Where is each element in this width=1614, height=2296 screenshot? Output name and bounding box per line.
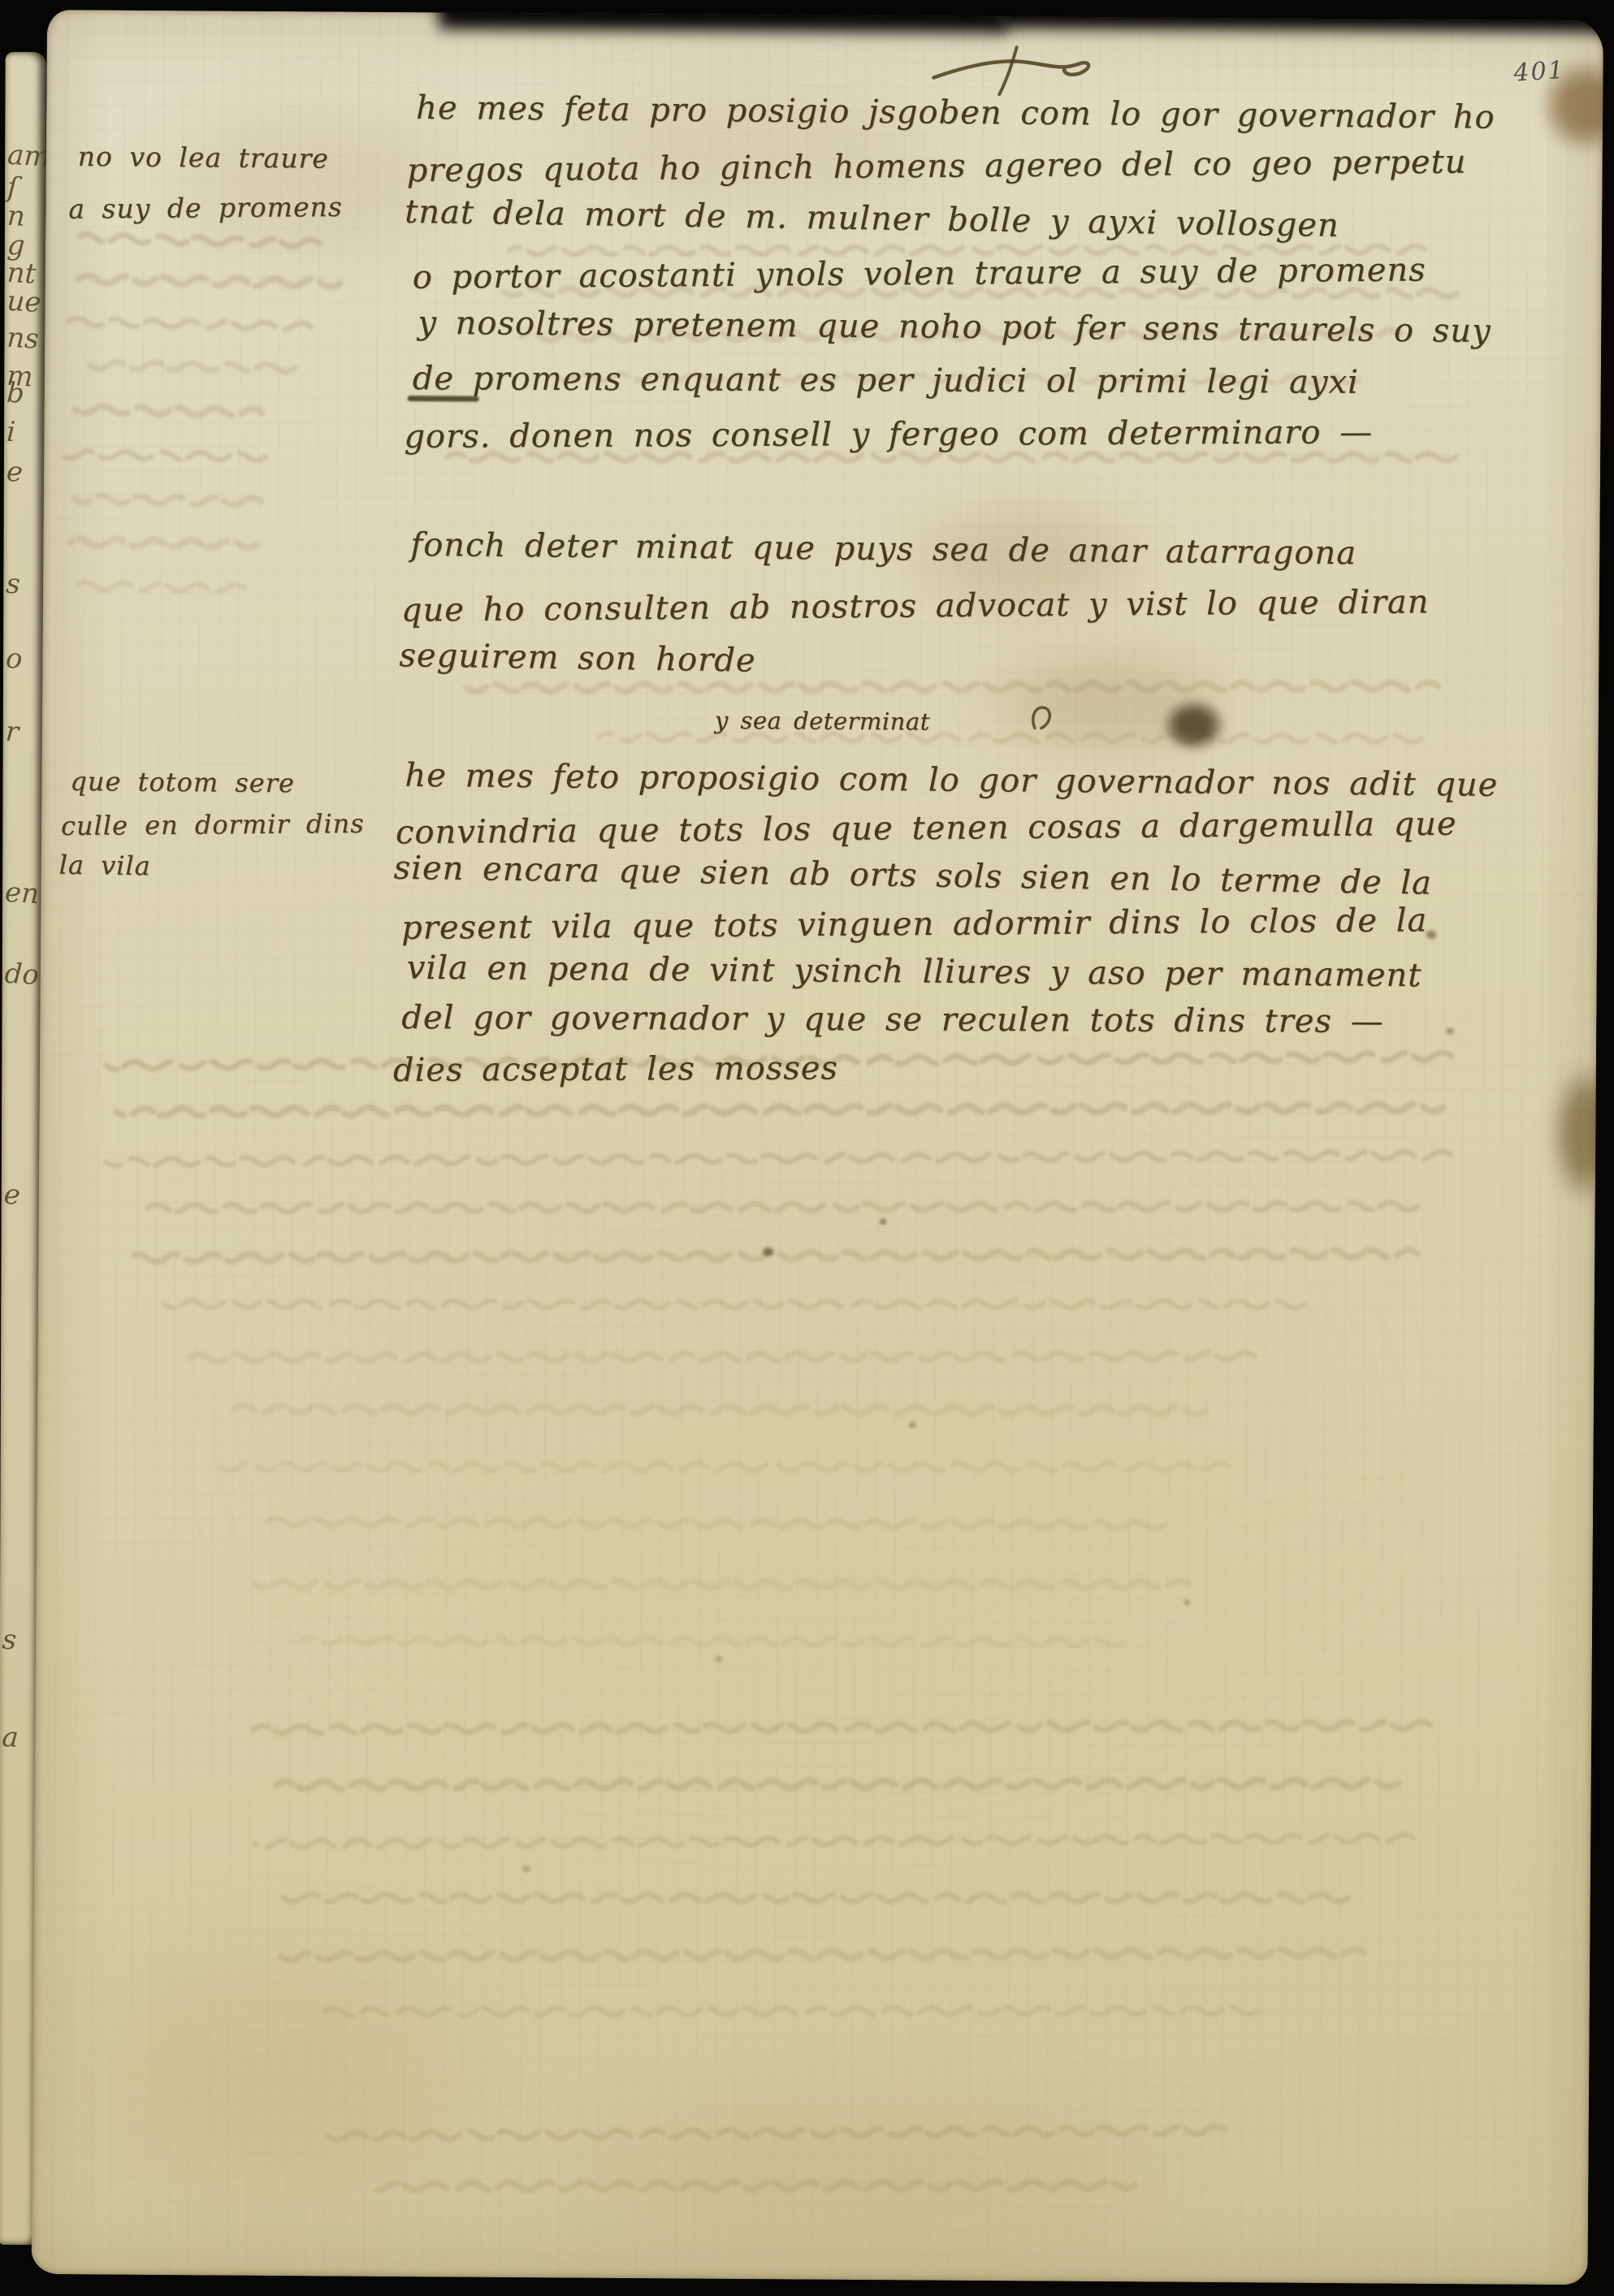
stain-blot bbox=[145, 90, 495, 271]
adjacent-page-text-fragment: e bbox=[6, 456, 45, 491]
stain-layer-under bbox=[32, 10, 1603, 2285]
handwritten-line: dies acseptat les mosses bbox=[393, 1042, 1496, 1095]
stain-bar bbox=[439, 10, 1007, 32]
bleedthrough-line bbox=[78, 487, 265, 513]
bleedthrough-line bbox=[466, 675, 1441, 699]
handwritten-line: o portor acostanti ynols volen traure a … bbox=[413, 243, 1495, 305]
stain-blot bbox=[1183, 1598, 1191, 1606]
bleedthrough-line bbox=[263, 1827, 1417, 1855]
bleedthrough-line bbox=[502, 280, 1460, 305]
bleedthrough-line bbox=[257, 1573, 1191, 1596]
bleedthrough-line bbox=[79, 310, 315, 338]
handwritten-line: a suy de promens bbox=[68, 182, 343, 235]
bleedthrough-line bbox=[74, 443, 269, 469]
stain-blot bbox=[198, 1024, 1422, 1844]
stain-blot bbox=[1550, 1062, 1603, 1205]
bleedthrough-line bbox=[526, 322, 1403, 348]
stain-blot bbox=[1425, 929, 1438, 940]
bleedthrough-line bbox=[217, 1455, 1232, 1478]
bleedthrough-line bbox=[335, 2119, 1228, 2148]
bleedthrough-layer bbox=[32, 10, 1603, 2285]
stain-layer-over bbox=[32, 10, 1603, 2285]
stain-blot bbox=[879, 1217, 888, 1226]
bleedthrough-line bbox=[274, 1511, 1167, 1537]
handwritten-line: sien encara que sien ab orts sols sien e… bbox=[393, 845, 1498, 909]
stain-bar bbox=[999, 10, 1603, 32]
stain-blot bbox=[761, 1246, 774, 1257]
handwritten-line: culle en dormir dins bbox=[61, 802, 365, 847]
paragraph-1: he mes feta pro posigio jsgoben com lo g… bbox=[409, 82, 1495, 465]
handwritten-line: la vila bbox=[58, 844, 364, 891]
stain-bar bbox=[408, 396, 479, 402]
flourish-curl-icon bbox=[1030, 703, 1059, 736]
stain-blot bbox=[1162, 698, 1227, 753]
adjacent-page-text-fragment: ue bbox=[6, 285, 45, 320]
bleedthrough-line bbox=[201, 1345, 1257, 1369]
margin-note-2: que totom sereculle en dormir dinsla vil… bbox=[65, 760, 365, 889]
paragraph-3: he mes feto proposigio com lo gor govern… bbox=[399, 753, 1499, 1096]
adjacent-page-text-fragment: i bbox=[6, 416, 45, 451]
stain-blot bbox=[1539, 58, 1603, 154]
bleedthrough-line bbox=[296, 1887, 1352, 1909]
bleedthrough-line bbox=[114, 1144, 1454, 1174]
adjacent-page-text-fragment: r bbox=[5, 716, 44, 750]
stain-blot bbox=[521, 1865, 531, 1873]
stain-blot bbox=[970, 640, 1247, 763]
adjacent-page-text-fragment: b bbox=[6, 377, 45, 412]
stain-blot bbox=[41, 1917, 515, 2245]
manuscript-page: 401 no vo lea traurea suy de promens que… bbox=[32, 10, 1603, 2285]
bleedthrough-line bbox=[131, 1096, 1447, 1124]
bleedthrough-line bbox=[518, 238, 1428, 262]
handwritten-line: convindria que tots los que tenen cosas … bbox=[396, 800, 1498, 857]
stain-blot bbox=[518, 72, 990, 222]
bleedthrough-line bbox=[279, 1941, 1367, 1968]
bleedthrough-line bbox=[234, 1398, 1209, 1422]
bleedthrough-line bbox=[280, 1772, 1401, 1797]
bleedthrough-line bbox=[612, 725, 1425, 750]
handwritten-line: tnat dela mort de m. mulner bolle y ayxi… bbox=[405, 185, 1495, 255]
adjacent-page-text-fragment: ns bbox=[6, 322, 45, 357]
handwritten-line: he mes feto proposigio com lo gor govern… bbox=[405, 752, 1498, 810]
bleedthrough-line bbox=[256, 1714, 1434, 1740]
stain-blot bbox=[714, 1655, 724, 1663]
handwritten-line: que ho consulten ab nostros advocat y vi… bbox=[401, 573, 1430, 638]
adjacent-page-text-fragment: en bbox=[4, 876, 43, 911]
bleedthrough-line bbox=[170, 1293, 1307, 1316]
handwritten-line: no vo lea traure bbox=[77, 132, 343, 184]
stain-blot bbox=[488, 2074, 1237, 2266]
bleedthrough-line bbox=[106, 1045, 1455, 1078]
manuscript-scan: amſngntuensmbiesorendoesa 401 no vo lea … bbox=[0, 0, 1614, 2296]
handwritten-line: he mes feta pro posigio jsgoben com lo g… bbox=[416, 81, 1495, 145]
handwritten-line: seguirem son horde bbox=[399, 627, 1429, 699]
bleedthrough-line bbox=[83, 268, 343, 295]
margin-note-1: no vo lea traurea suy de promens bbox=[73, 132, 343, 234]
paragraph-2: fonch deter minat que puys sea de anar a… bbox=[405, 517, 1430, 695]
ink-layer: 401 no vo lea traurea suy de promens que… bbox=[32, 10, 1603, 2285]
handwritten-line: que totom sere bbox=[70, 760, 365, 805]
cross-flourish-icon bbox=[930, 45, 1101, 100]
handwritten-line: gors. donen nos consell y fergeo com det… bbox=[404, 405, 1493, 464]
handwritten-line: fonch deter minat que puys sea de anar a… bbox=[410, 517, 1430, 582]
handwritten-line: del gor governador y que se reculen tots… bbox=[401, 994, 1496, 1046]
bleedthrough-line bbox=[452, 446, 1459, 469]
adjacent-page-text-fragment: e bbox=[3, 1178, 42, 1213]
handwritten-line: vila en pena de vint ysinch lliures y as… bbox=[407, 945, 1497, 1001]
page-number: 401 bbox=[1512, 56, 1565, 88]
bleedthrough-line bbox=[81, 531, 260, 556]
bleedthrough-line bbox=[80, 227, 324, 255]
adjacent-page-text-fragment: am bbox=[6, 139, 45, 174]
handwritten-line: de promens enquant es per judici ol prim… bbox=[413, 352, 1494, 409]
adjacent-page-text-fragment: do bbox=[4, 958, 43, 992]
adjacent-page-text-fragment: s bbox=[2, 1624, 41, 1658]
bleedthrough-line bbox=[87, 353, 298, 379]
bleedthrough-line bbox=[314, 1629, 1126, 1654]
bleedthrough-line bbox=[137, 1243, 1421, 1270]
stain-blot bbox=[908, 1420, 917, 1429]
handwritten-line: y nosoltres pretenem que noho pot fer se… bbox=[418, 296, 1494, 358]
bleedthrough-line bbox=[78, 398, 265, 424]
bleedthrough-line bbox=[154, 1195, 1421, 1220]
stain-blot bbox=[1445, 1027, 1455, 1036]
handwritten-line: pregos quota ho ginch homens agereo del … bbox=[406, 135, 1495, 197]
handwritten-line: present vila que tots vinguen adormir di… bbox=[401, 897, 1497, 953]
bleedthrough-line bbox=[366, 2173, 1138, 2198]
bleedthrough-line bbox=[327, 1999, 1261, 2023]
adjacent-page-text-fragment: o bbox=[5, 642, 44, 677]
bleedthrough-line bbox=[566, 365, 1362, 391]
interline-note: y sea determinat bbox=[715, 707, 930, 736]
stain-blot bbox=[889, 493, 1166, 625]
adjacent-page-text-fragment: s bbox=[5, 568, 44, 603]
bleedthrough-line bbox=[77, 574, 248, 600]
